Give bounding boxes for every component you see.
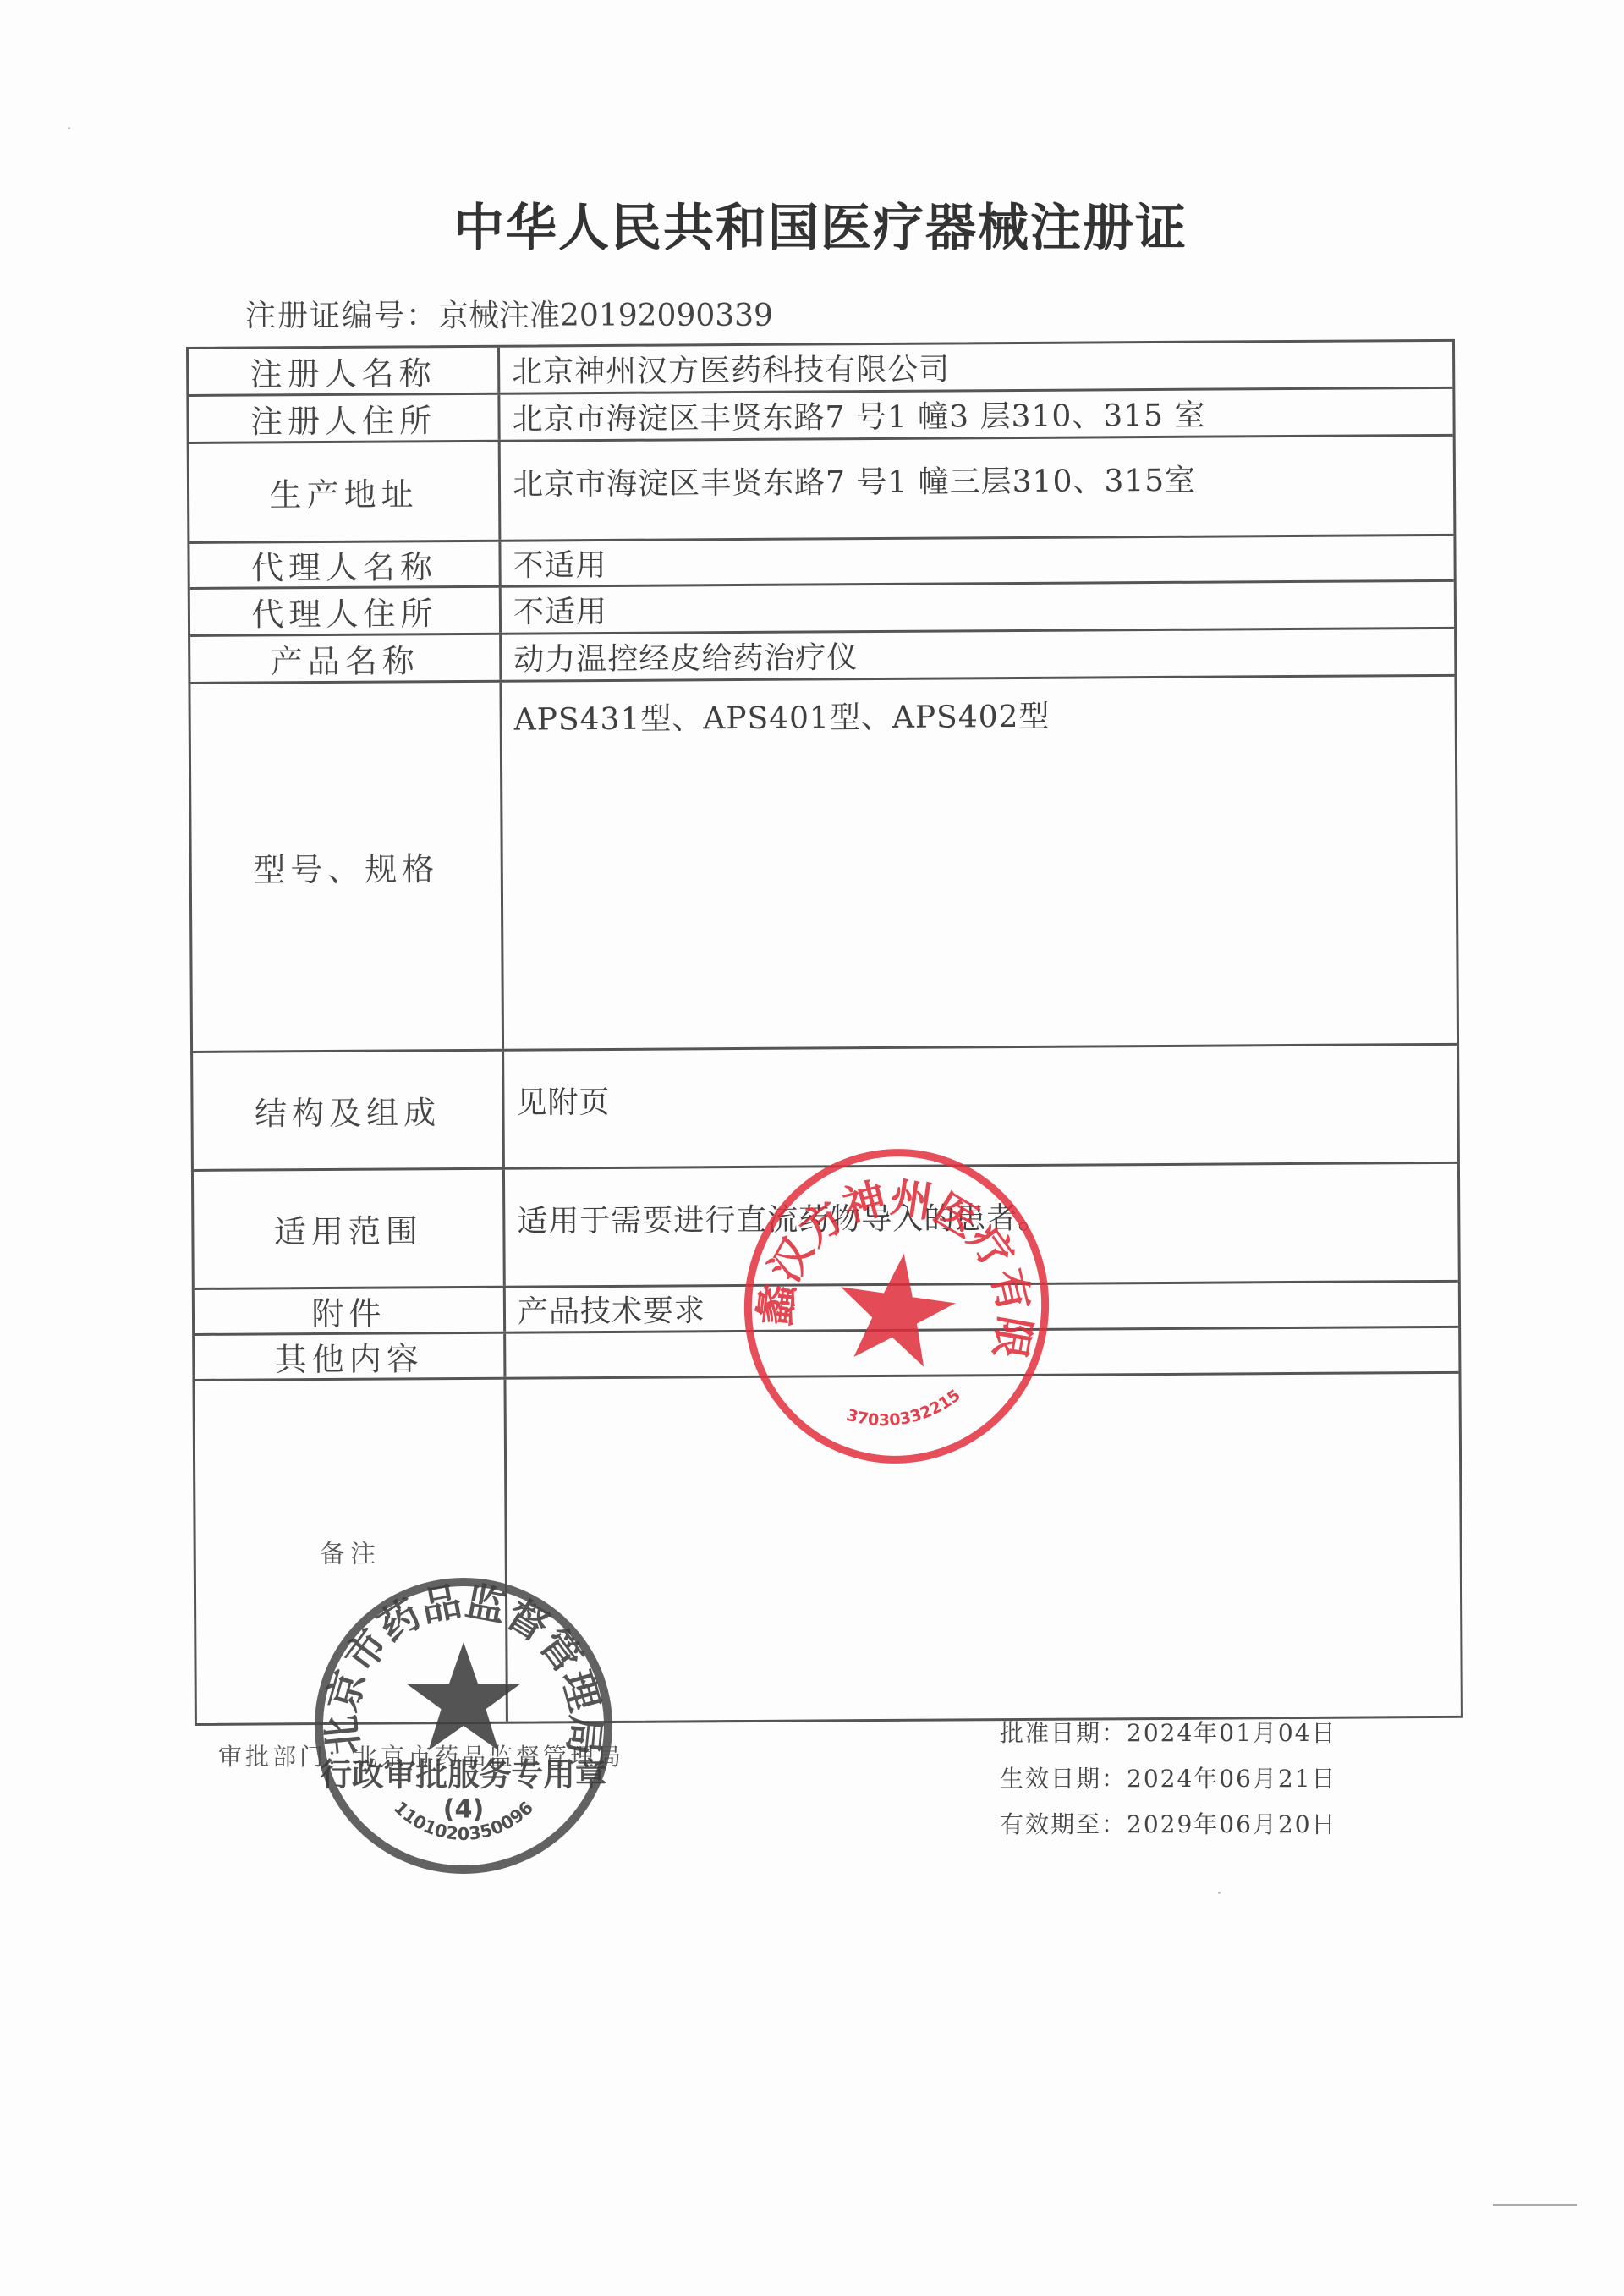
registration-number: 注册证编号：京械注准20192090339 — [245, 292, 773, 335]
row-label: 注册人名称 — [189, 348, 500, 394]
row-value: 动力温控经皮给药治疗仪 — [513, 629, 1446, 680]
row-value: 见附页 — [516, 1046, 1449, 1167]
company-seal-graphic: 山东蠡汉方神州医疗有限公司 37030332215 — [732, 1138, 1061, 1475]
table-row: 注册人住所 北京市海淀区丰贤东路7 号1 幢3 层310、315 室 — [189, 389, 1452, 444]
row-value: 不适用 — [513, 582, 1446, 633]
table-row: 生产地址 北京市海淀区丰贤东路7 号1 幢三层310、315室 — [189, 437, 1454, 544]
authority-seal: 北京市药品监督管理局 行政审批服务专用章 (4) 1101020350096 — [315, 1578, 612, 1874]
table-row: 注册人名称 北京神州汉方医药科技有限公司 — [189, 342, 1452, 397]
company-seal-number: 37030332215 — [844, 1371, 966, 1442]
row-label: 代理人名称 — [189, 542, 501, 587]
row-label: 结构及组成 — [193, 1052, 505, 1169]
table-row: 产品名称 动力温控经皮给药治疗仪 — [190, 629, 1454, 684]
row-label: 注册人住所 — [189, 395, 500, 442]
row-label: 生产地址 — [189, 442, 502, 541]
row-value: 不适用 — [513, 536, 1445, 585]
row-label: 其他内容 — [195, 1334, 506, 1379]
scan-speck — [68, 127, 70, 129]
company-seal: 山东蠡汉方神州医疗有限公司 37030332215 — [724, 1129, 1069, 1483]
registration-table: 注册人名称 北京神州汉方医药科技有限公司 注册人住所 北京市海淀区丰贤东路7 号… — [186, 339, 1463, 1726]
registration-number-value: 京械注准20192090339 — [438, 299, 773, 333]
valid-until: 有效期至：2029年06月20日 — [1000, 1802, 1337, 1848]
row-label: 型号、规格 — [190, 683, 504, 1051]
table-row: 代理人住所 不适用 — [190, 582, 1454, 637]
row-value: 北京神州汉方医药科技有限公司 — [512, 342, 1444, 393]
table-row: 代理人名称 不适用 — [189, 536, 1453, 590]
row-label: 代理人住所 — [190, 588, 502, 634]
scan-speck — [1218, 1892, 1221, 1894]
approval-date: 批准日期：2024年01月04日 — [1000, 1711, 1337, 1756]
row-value: 北京市海淀区丰贤东路7 号1 幢3 层310、315 室 — [512, 389, 1444, 440]
row-value: 北京市海淀区丰贤东路7 号1 幢三层310、315室 — [513, 437, 1446, 540]
star-icon — [406, 1642, 521, 1750]
row-label: 适用范围 — [194, 1170, 506, 1288]
certificate-page: 中华人民共和国医疗器械注册证 注册证编号：京械注准20192090339 注册人… — [0, 0, 1624, 2296]
document-title: 中华人民共和国医疗器械注册证 — [398, 188, 1243, 261]
registration-number-label: 注册证编号： — [245, 299, 438, 333]
authority-seal-sub-text: (4) — [443, 1794, 485, 1824]
row-label: 附件 — [195, 1288, 506, 1333]
table-row: 型号、规格 APS431型、APS401型、APS402型 — [190, 677, 1457, 1053]
scan-artifact-line — [1493, 2204, 1577, 2206]
effective-date: 生效日期：2024年06月21日 — [1000, 1756, 1337, 1802]
row-value: APS431型、APS401型、APS402型 — [513, 677, 1448, 1049]
row-label: 产品名称 — [190, 635, 502, 682]
authority-seal-center-text: 行政审批服务专用章 — [320, 1756, 606, 1793]
star-icon — [831, 1245, 961, 1370]
authority-seal-graphic: 北京市药品监督管理局 行政审批服务专用章 (4) 1101020350096 — [323, 1586, 604, 1865]
dates-block: 批准日期：2024年01月04日 生效日期：2024年06月21日 有效期至：2… — [1000, 1711, 1337, 1848]
